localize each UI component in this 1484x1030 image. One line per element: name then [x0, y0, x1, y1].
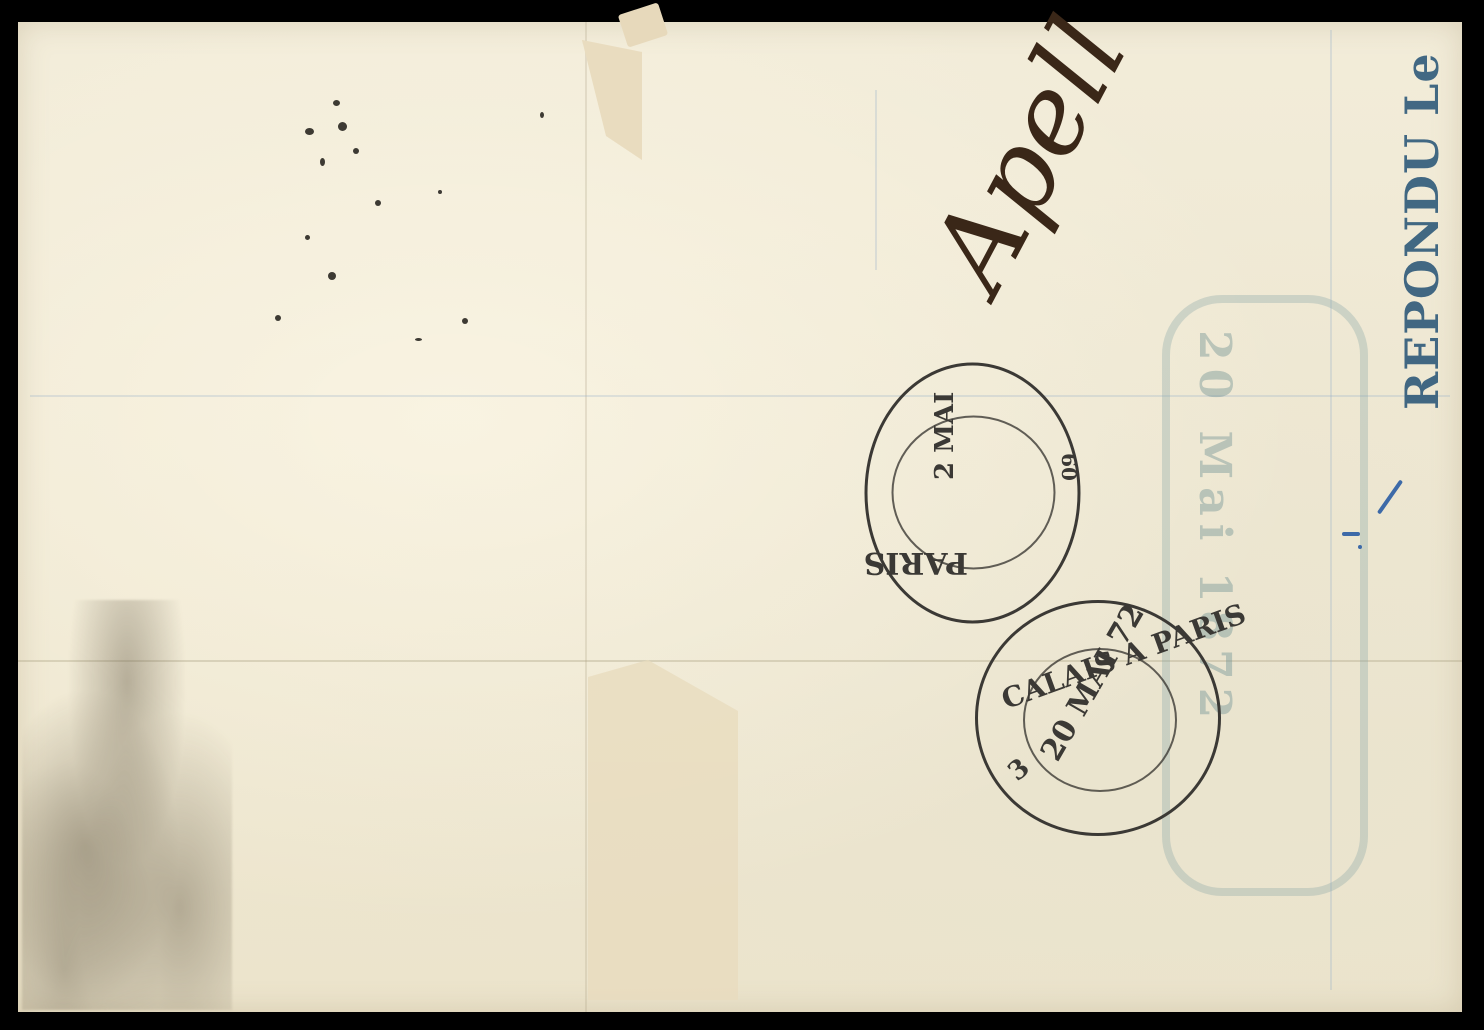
ink-speck — [375, 200, 381, 206]
ink-speck — [305, 235, 310, 240]
paris-postmark — [865, 363, 1081, 624]
ink-speck — [540, 112, 544, 118]
paris-postmark-number: 60 — [1057, 453, 1081, 481]
blue-pencil-mark — [1358, 545, 1362, 549]
ink-speck — [328, 272, 336, 280]
torn-flap — [588, 660, 738, 1000]
ink-speck — [415, 338, 422, 341]
ink-speck — [438, 190, 442, 194]
blue-pencil-mark — [1342, 532, 1360, 536]
ink-speck — [462, 318, 468, 324]
ink-speck — [353, 148, 359, 154]
vertical-fold — [585, 22, 587, 1012]
repondu-handstamp: REPONDU Le — [1395, 52, 1449, 410]
ink-speck — [333, 100, 340, 106]
ink-speck — [275, 315, 281, 321]
paris-postmark-date: 2 MAI — [930, 392, 960, 480]
paris-postmark-town: PARIS — [864, 545, 968, 580]
ink-speck — [338, 122, 347, 131]
ink-speck — [320, 158, 325, 166]
offset-stain — [22, 600, 232, 1010]
show-through-line — [875, 90, 877, 270]
ink-speck — [305, 128, 314, 135]
